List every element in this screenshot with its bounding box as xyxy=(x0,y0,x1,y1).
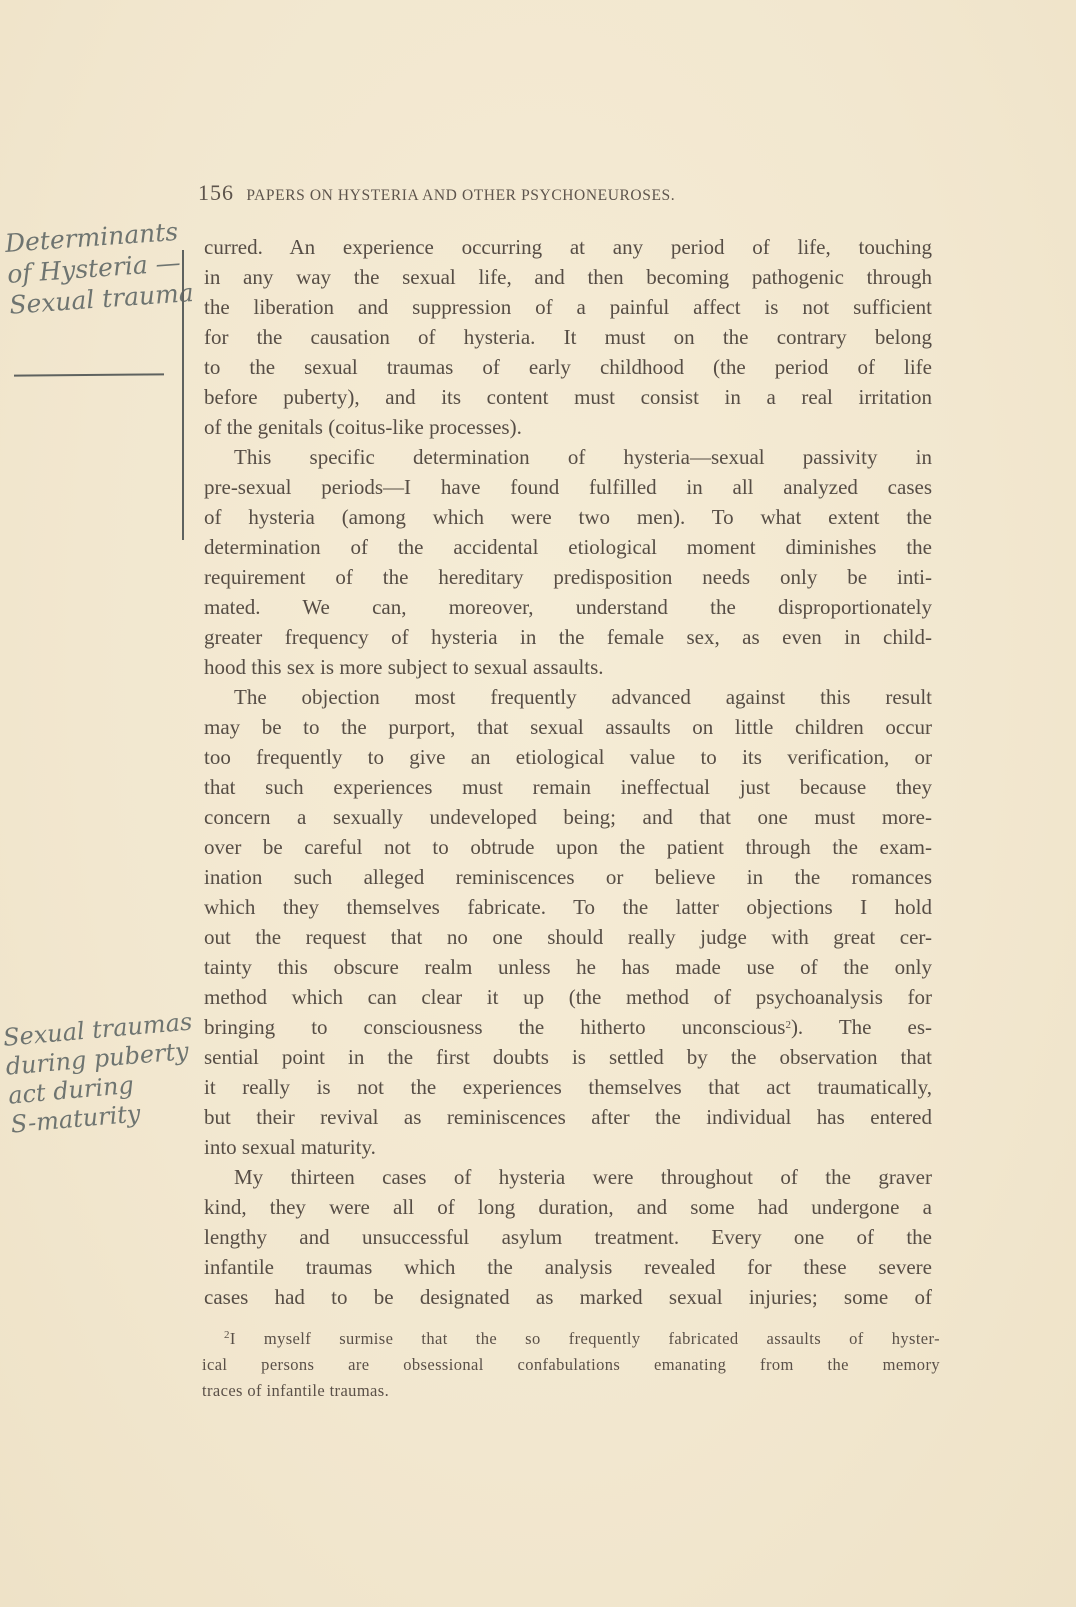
footnote-text: I myself surmise that the so frequently … xyxy=(230,1329,940,1348)
text-line: cases had to be designated as marked sex… xyxy=(204,1282,932,1312)
margin-vertical-line xyxy=(182,250,184,540)
footnote: 2I myself surmise that the so frequently… xyxy=(224,1326,940,1404)
running-head: 156 PAPERS ON HYSTERIA AND OTHER PSYCHON… xyxy=(198,180,918,206)
footnote-line: ical persons are obsessional confabulati… xyxy=(202,1352,940,1378)
margin-annotation-top: Determinants of Hysteria — Sexual trauma xyxy=(4,215,195,321)
text-line: for the causation of hysteria. It must o… xyxy=(204,322,932,352)
paragraph-start: My thirteen cases of hysteria were throu… xyxy=(204,1162,932,1192)
text-line: lengthy and unsuccessful asylum treatmen… xyxy=(204,1222,932,1252)
text-line: greater frequency of hysteria in the fem… xyxy=(204,622,932,652)
footnote-line: traces of infantile traumas. xyxy=(202,1378,940,1404)
text-line: of the genitals (coitus-like processes). xyxy=(204,412,932,442)
text-line: but their revival as reminiscences after… xyxy=(204,1102,932,1132)
paragraph-start: The objection most frequently advanced a… xyxy=(204,682,932,712)
text-line: out the request that no one should reall… xyxy=(204,922,932,952)
text-line-with-footnote-ref: bringing to consciousness the hitherto u… xyxy=(204,1012,932,1042)
margin-annotation-bottom: Sexual traumas during puberty act during… xyxy=(2,1007,201,1139)
text-line: tainty this obscure realm unless he has … xyxy=(204,952,932,982)
text-line: hood this sex is more subject to sexual … xyxy=(204,652,932,682)
page-number: 156 xyxy=(198,180,234,205)
footnote-line: 2I myself surmise that the so frequently… xyxy=(224,1326,940,1352)
text-line: pre-sexual periods—I have found fulfille… xyxy=(204,472,932,502)
text-line: that such experiences must remain ineffe… xyxy=(204,772,932,802)
text-line: to the sexual traumas of early childhood… xyxy=(204,352,932,382)
text-line: too frequently to give an etiological va… xyxy=(204,742,932,772)
text-line: which they themselves fabricate. To the … xyxy=(204,892,932,922)
text-line: it really is not the experiences themsel… xyxy=(204,1072,932,1102)
text-line: over be careful not to obtrude upon the … xyxy=(204,832,932,862)
text-line: method which can clear it up (the method… xyxy=(204,982,932,1012)
text-line: determination of the accidental etiologi… xyxy=(204,532,932,562)
annotation-underline xyxy=(14,373,164,376)
body-text: curred. An experience occurring at any p… xyxy=(204,232,932,1312)
text-line: concern a sexually undeveloped being; an… xyxy=(204,802,932,832)
text-line: requirement of the hereditary predisposi… xyxy=(204,562,932,592)
text-line: in any way the sexual life, and then bec… xyxy=(204,262,932,292)
text-line: infantile traumas which the analysis rev… xyxy=(204,1252,932,1282)
text-line: may be to the purport, that sexual assau… xyxy=(204,712,932,742)
paragraph-start: This specific determination of hysteria—… xyxy=(204,442,932,472)
text-line: sential point in the first doubts is set… xyxy=(204,1042,932,1072)
text-segment: bringing to consciousness the hitherto u… xyxy=(204,1015,785,1039)
text-line: of hysteria (among which were two men). … xyxy=(204,502,932,532)
running-title: PAPERS ON HYSTERIA AND OTHER PSYCHONEURO… xyxy=(246,187,675,204)
text-line: into sexual maturity. xyxy=(204,1132,932,1162)
text-line: mated. We can, moreover, understand the … xyxy=(204,592,932,622)
text-line: before puberty), and its content must co… xyxy=(204,382,932,412)
text-line: the liberation and suppression of a pain… xyxy=(204,292,932,322)
text-line: curred. An experience occurring at any p… xyxy=(204,232,932,262)
text-line: kind, they were all of long duration, an… xyxy=(204,1192,932,1222)
book-page: 156 PAPERS ON HYSTERIA AND OTHER PSYCHON… xyxy=(0,0,1076,1607)
text-line: ination such alleged reminiscences or be… xyxy=(204,862,932,892)
text-segment: ). The es- xyxy=(791,1015,932,1039)
